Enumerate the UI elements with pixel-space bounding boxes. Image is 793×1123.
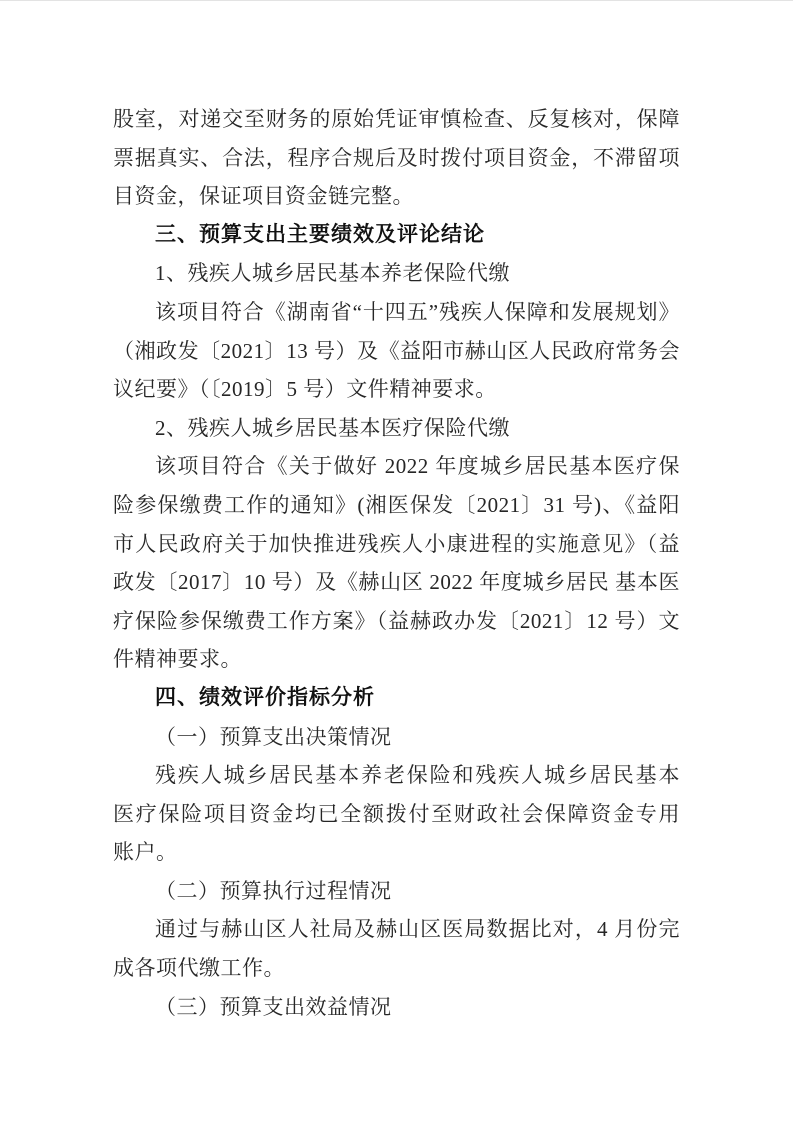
text-line: 股室，对递交至财务的原始凭证审慎检查、反复核对，保障 [113,100,680,139]
paragraph: 通过与赫山区人社局及赫山区医局数据比对，4 月份完成各项代缴工作。 [113,910,680,987]
text-line: 残疾人城乡居民基本养老保险和残疾人城乡居民基本 [113,756,680,795]
paragraph: （二）预算执行过程情况 [113,872,680,911]
paragraph: 1、残疾人城乡居民基本养老保险代缴 [113,254,680,293]
text-line: 四、绩效评价指标分析 [113,679,680,718]
text-line: 市人民政府关于加快推进残疾人小康进程的实施意见》（益 [113,525,680,564]
text-line: （一）预算支出决策情况 [113,718,680,757]
text-line: 2、残疾人城乡居民基本医疗保险代缴 [113,409,680,448]
text-line: 件精神要求。 [113,640,680,679]
text-line: （三）预算支出效益情况 [113,988,680,1027]
text-line: 该项目符合《关于做好 2022 年度城乡居民基本医疗保 [113,447,680,486]
text-line: 该项目符合《湖南省“十四五”残疾人保障和发展规划》 [113,293,680,332]
paragraph: （三）预算支出效益情况 [113,988,680,1027]
paragraph: （一）预算支出决策情况 [113,718,680,757]
section-heading: 四、绩效评价指标分析 [113,679,680,718]
section-heading: 三、预算支出主要绩效及评论结论 [113,216,680,255]
text-line: 议纪要》（〔2019〕5 号）文件精神要求。 [113,370,680,409]
text-line: （湘政发〔2021〕13 号）及《益阳市赫山区人民政府常务会 [113,332,680,371]
text-line: 账户。 [113,833,680,872]
text-line: 疗保险参保缴费工作方案》（益赫政办发〔2021〕12 号）文 [113,602,680,641]
text-line: 三、预算支出主要绩效及评论结论 [113,216,680,255]
paragraph: 股室，对递交至财务的原始凭证审慎检查、反复核对，保障票据真实、合法，程序合规后及… [113,100,680,216]
page-content: 股室，对递交至财务的原始凭证审慎检查、反复核对，保障票据真实、合法，程序合规后及… [113,100,680,1026]
paragraph: 残疾人城乡居民基本养老保险和残疾人城乡居民基本医疗保险项目资金均已全额拨付至财政… [113,756,680,872]
text-line: 险参保缴费工作的通知》(湘医保发〔2021〕31 号)、《益阳 [113,486,680,525]
text-line: 1、残疾人城乡居民基本养老保险代缴 [113,254,680,293]
paragraph: 2、残疾人城乡居民基本医疗保险代缴 [113,409,680,448]
text-line: 票据真实、合法，程序合规后及时拨付项目资金，不滞留项 [113,139,680,178]
document-page: 股室，对递交至财务的原始凭证审慎检查、反复核对，保障票据真实、合法，程序合规后及… [0,0,793,1123]
text-line: （二）预算执行过程情况 [113,872,680,911]
text-line: 医疗保险项目资金均已全额拨付至财政社会保障资金专用 [113,795,680,834]
text-line: 通过与赫山区人社局及赫山区医局数据比对，4 月份完 [113,910,680,949]
paragraph: 该项目符合《湖南省“十四五”残疾人保障和发展规划》（湘政发〔2021〕13 号）… [113,293,680,409]
text-line: 目资金，保证项目资金链完整。 [113,177,680,216]
text-line: 成各项代缴工作。 [113,949,680,988]
text-line: 政发〔2017〕10 号）及《赫山区 2022 年度城乡居民 基本医 [113,563,680,602]
paragraph: 该项目符合《关于做好 2022 年度城乡居民基本医疗保险参保缴费工作的通知》(湘… [113,447,680,679]
